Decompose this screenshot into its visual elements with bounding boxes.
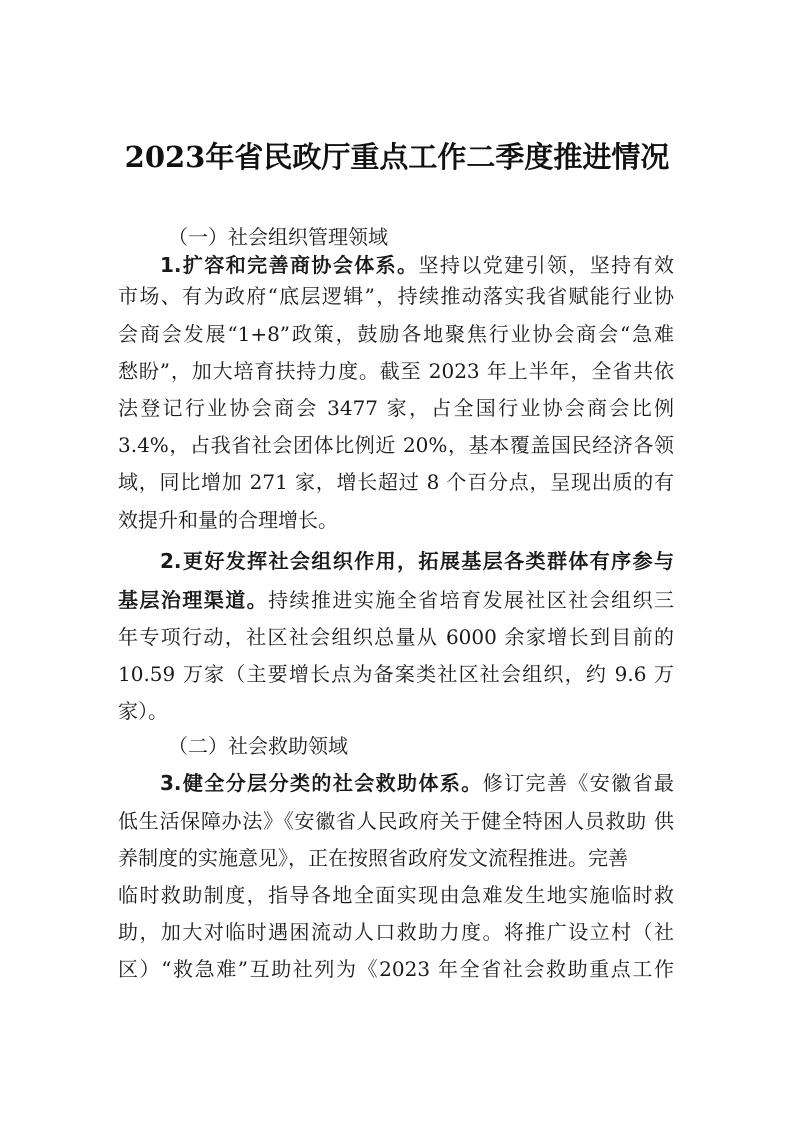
item-number: 1. (160, 253, 182, 277)
paragraph-line: 养制度的实施意见》，正在按照省政府发文流程推进。完善 (118, 844, 674, 872)
paragraph-line: 10.59 万家（主要增长点为备案类社区社会组织，约 9.6 万 (118, 660, 674, 688)
paragraph-line: 愁盼”，加大培育扶持力度。截至 2023 年上半年，全省共依 (118, 357, 674, 385)
paragraph-text: 坚持以党建引领，坚持有效 (418, 253, 674, 277)
paragraph-line: 家）。 (118, 697, 674, 725)
item-heading: 扩容和完善商协会体系。 (182, 253, 419, 277)
paragraph-line: 1.扩容和完善商协会体系。坚持以党建引领，坚持有效 (160, 251, 674, 279)
paragraph-line: 市场、有为政府“底层逻辑”，持续推动落实我省赋能行业协 (118, 282, 674, 310)
item-heading: 更好发挥社会组织作用，拓展基层各类群体有序参与 (182, 549, 674, 573)
item-number: 2. (160, 549, 182, 573)
paragraph-line: 助，加大对临时遇困流动人口救助力度。将推广设立村（社 (118, 918, 674, 946)
paragraph-line: 2.更好发挥社会组织作用，拓展基层各类群体有序参与 (160, 547, 674, 575)
paragraph-line: 会商会发展“1+8”政策，鼓励各地聚焦行业协会商会“急难 (118, 320, 674, 348)
document-page: 2023年省民政厅重点工作二季度推进情况 （一）社会组织管理领域 1.扩容和完善… (0, 0, 794, 1122)
paragraph-line: 低生活保障办法》《安徽省人民政府关于健全特困人员救助 供 (118, 807, 674, 835)
paragraph-line: 区）“救急难”互助社列为《2023 年全省社会救助重点工作 (118, 955, 674, 983)
paragraph-line: 临时救助制度，指导各地全面实现由急难发生地实施临时救 (118, 881, 674, 909)
paragraph-line: 3.健全分层分类的社会救助体系。修订完善《安徽省最 (160, 769, 674, 797)
section-heading: （二）社会救助领域 (168, 732, 674, 760)
paragraph-line: 效提升和量的合理增长。 (118, 506, 674, 534)
paragraph-text: 修订完善《安徽省最 (483, 771, 674, 795)
paragraph-line: 法登记行业协会商会 3477 家，占全国行业协会商会比例 (118, 394, 674, 422)
paragraph-text: 持续推进实施全省培育发展社区社会组织三 (268, 588, 674, 612)
item-heading: 健全分层分类的社会救助体系。 (182, 771, 483, 795)
item-heading: 基层治理渠道。 (118, 588, 268, 612)
paragraph-line: 年专项行动，社区社会组织总量从 6000 余家增长到目前的 (118, 623, 674, 651)
paragraph-line: 3.4%，占我省社会团体比例近 20%，基本覆盖国民经济各领 (118, 431, 674, 459)
item-number: 3. (160, 771, 182, 795)
paragraph-line: 域，同比增加 271 家，增长超过 8 个百分点，呈现出质的有 (118, 468, 674, 496)
document-title: 2023年省民政厅重点工作二季度推进情况 (0, 137, 794, 177)
paragraph-line: 基层治理渠道。持续推进实施全省培育发展社区社会组织三 (118, 586, 674, 614)
section-heading: （一）社会组织管理领域 (168, 223, 674, 251)
